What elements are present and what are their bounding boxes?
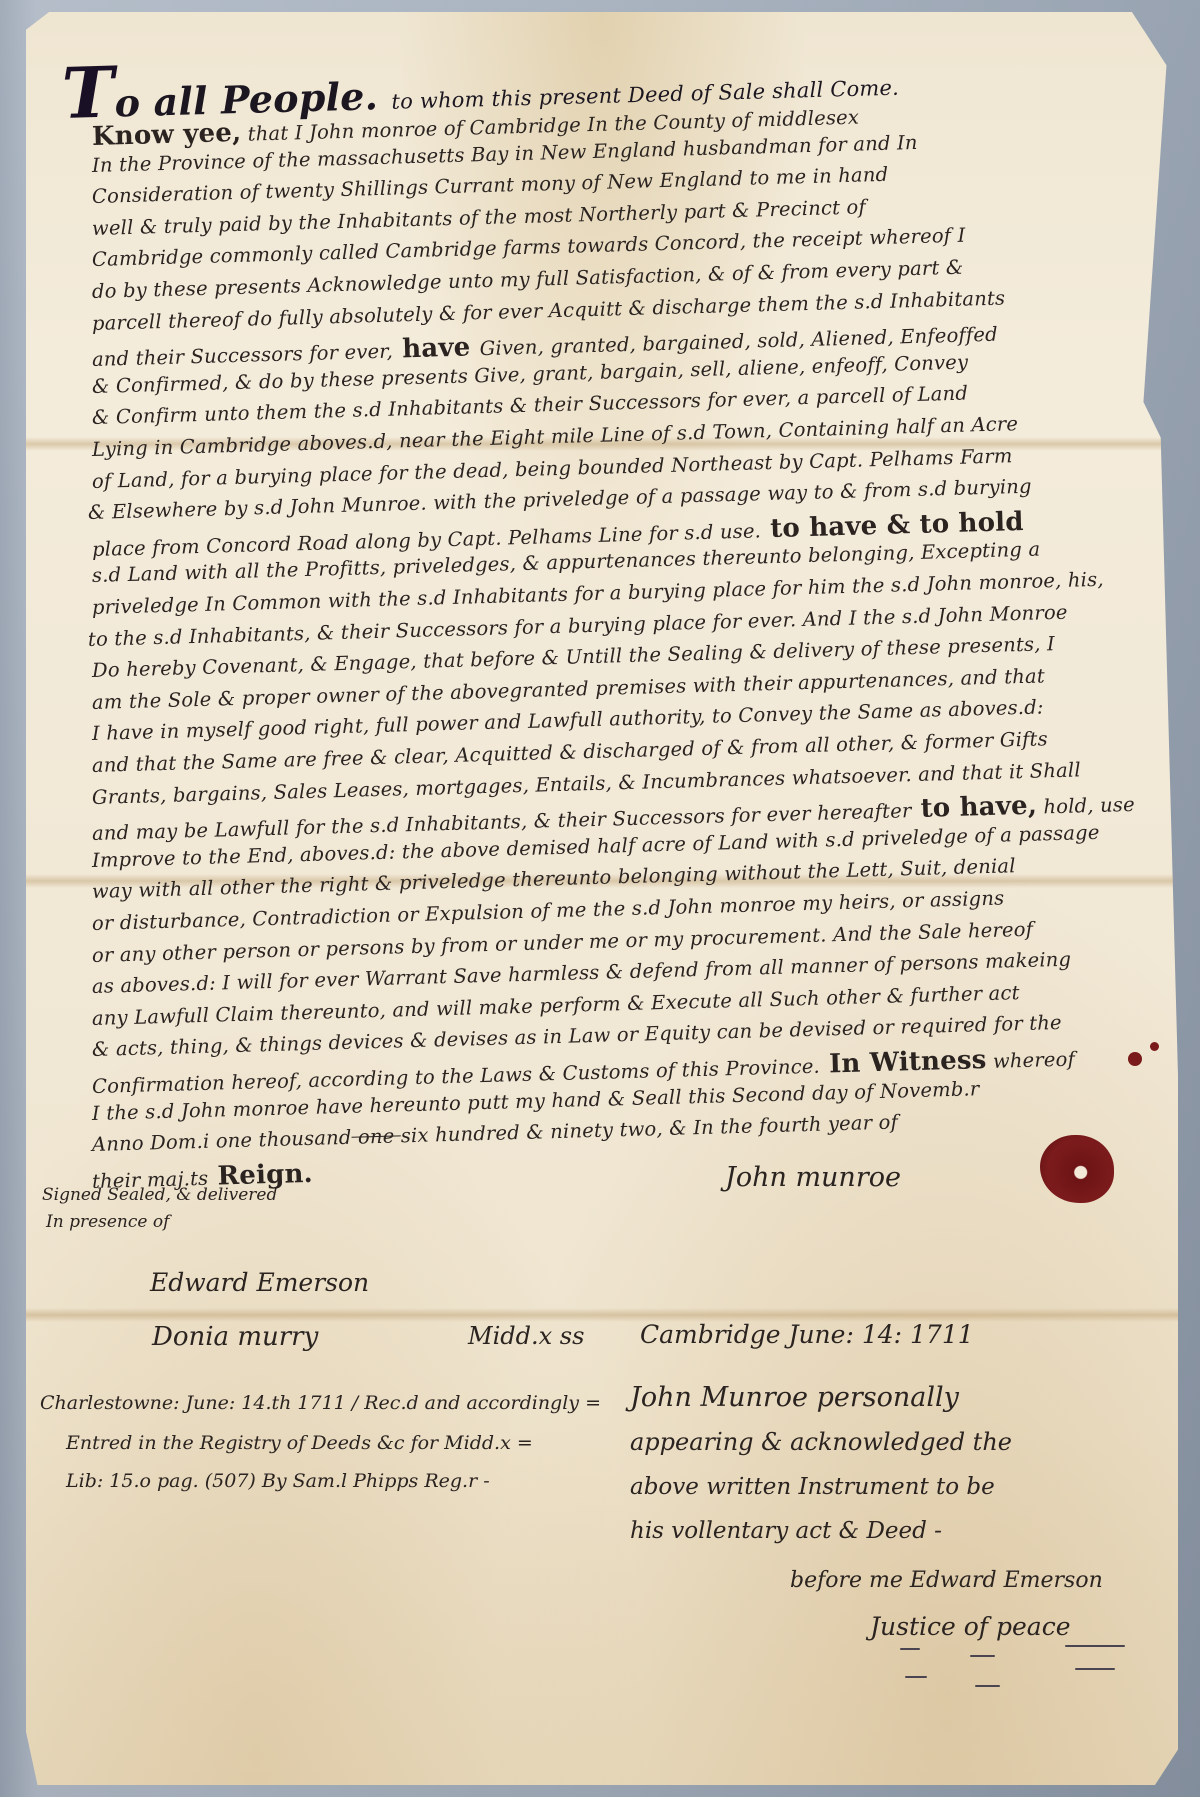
flourish-mark <box>900 1648 920 1650</box>
struck-word: one <box>351 1125 401 1149</box>
line-text: hold, use <box>1037 793 1135 819</box>
registry-line: Lib: 15.o pag. (507) By Sam.l Phipps Reg… <box>66 1470 490 1492</box>
justice-title: Justice of peace <box>870 1612 1071 1641</box>
acknowledgement-line: appearing & acknowledged the <box>630 1428 1012 1456</box>
justice-signature: before me Edward Emerson <box>790 1568 1103 1593</box>
fold-line <box>26 1308 1178 1322</box>
acknowledgement-line: his vollentary act & Deed - <box>630 1518 942 1544</box>
registry-line: Charlestowne: June: 14.th 1711 / Rec.d a… <box>40 1392 601 1414</box>
emphasis-words: to have, <box>911 791 1038 824</box>
witness-signature: Edward Emerson <box>150 1268 369 1297</box>
emphasis-words: Know yee, <box>92 118 242 152</box>
emphasis-words: have <box>393 332 481 364</box>
recording-header-mid: Midd.x ss <box>468 1322 584 1350</box>
flourish-mark <box>1075 1668 1115 1670</box>
line-text: whereof <box>986 1048 1075 1073</box>
wax-drip <box>1150 1042 1159 1051</box>
attestation-line-2: In presence of <box>46 1212 169 1232</box>
flourish-mark <box>975 1685 1000 1687</box>
recording-header-right: Cambridge June: 14: 1711 <box>640 1320 974 1349</box>
flourish-mark <box>970 1655 995 1657</box>
flourish-mark <box>905 1676 927 1678</box>
emphasis-words: In Witness <box>819 1045 986 1080</box>
grantor-signature: John munroe <box>725 1162 901 1193</box>
flourish-mark <box>1065 1645 1125 1647</box>
acknowledgement-line: above written Instrument to be <box>630 1474 995 1500</box>
wax-seal <box>1040 1135 1114 1203</box>
attestation-line-1: Signed Sealed, & delivered <box>42 1185 277 1205</box>
acknowledgement-line: John Munroe personally <box>630 1382 959 1413</box>
recording-header-left: Donia murry <box>152 1322 318 1352</box>
wax-drip <box>1128 1052 1142 1066</box>
registry-line: Entred in the Registry of Deeds &c for M… <box>66 1432 533 1454</box>
